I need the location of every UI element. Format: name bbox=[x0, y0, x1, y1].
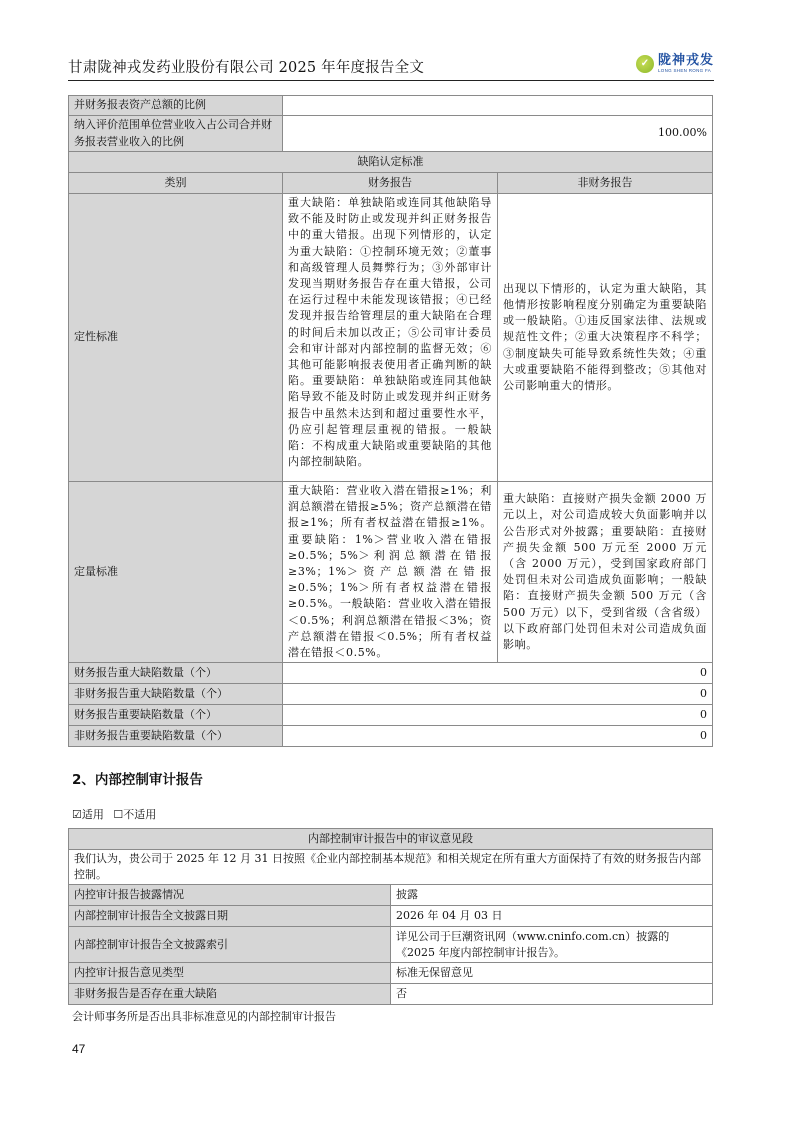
title-row: 内部控制审计报告中的审议意见段 bbox=[69, 829, 713, 850]
table-row: 非财务报告重大缺陷数量（个） 0 bbox=[69, 684, 713, 705]
row-value: 0 bbox=[283, 705, 713, 726]
row-value: 0 bbox=[283, 684, 713, 705]
logo-text-cn: 陇神戎发 bbox=[658, 54, 714, 67]
unchecked-box-icon[interactable]: ☐ bbox=[113, 808, 123, 821]
table-row: 内部控制审计报告全文披露日期 2026 年 04 月 03 日 bbox=[69, 906, 713, 927]
defect-criteria-table: 并财务报表资产总额的比例 纳入评价范围单位营业收入占公司合并财务报表营业收入的比… bbox=[68, 95, 713, 747]
row-value: 2026 年 04 月 03 日 bbox=[391, 906, 713, 927]
applicable-label: 适用 bbox=[82, 808, 104, 821]
row-value: 0 bbox=[283, 726, 713, 747]
row-label: 内控审计报告披露情况 bbox=[69, 885, 391, 906]
row-label: 非财务报告重大缺陷数量（个） bbox=[69, 684, 283, 705]
row-label: 定性标准 bbox=[69, 194, 283, 482]
table-row: 非财务报告重要缺陷数量（个） 0 bbox=[69, 726, 713, 747]
qualitative-row: 定性标准 重大缺陷：单独缺陷或连同其他缺陷导致不能及时防止或发现并纠正财务报告中… bbox=[69, 194, 713, 482]
logo-icon: ✓ bbox=[636, 55, 654, 73]
row-label: 非财务报告是否存在重大缺陷 bbox=[69, 984, 391, 1005]
row-value: 100.00% bbox=[283, 116, 713, 152]
row-value: 标准无保留意见 bbox=[391, 963, 713, 984]
page-header: 甘肃陇神戎发药业股份有限公司 2025 年年度报告全文 ✓ 陇神戎发 LONG … bbox=[68, 56, 714, 81]
applicable-option[interactable]: ☑适用 bbox=[72, 808, 104, 821]
quantitative-financial: 重大缺陷：营业收入潜在错报≥1%；利润总额潜在错报≥5%；资产总额潜在错报≥1%… bbox=[283, 482, 498, 663]
disclosure-index-value: 详见公司于巨潮资讯网（www.cninfo.com.cn）披露的《2025 年度… bbox=[391, 927, 713, 963]
row-label: 内部控制审计报告全文披露日期 bbox=[69, 906, 391, 927]
row-value: 披露 bbox=[391, 885, 713, 906]
company-logo: ✓ 陇神戎发 LONG SHEN RONG FA bbox=[636, 54, 714, 74]
footnote-text: 会计师事务所是否出具非标准意见的内部控制审计报告 bbox=[72, 1008, 336, 1024]
audit-opinion-title: 内部控制审计报告中的审议意见段 bbox=[69, 829, 713, 850]
not-applicable-option[interactable]: ☐不适用 bbox=[113, 808, 156, 821]
table-row: 非财务报告是否存在重大缺陷 否 bbox=[69, 984, 713, 1005]
row-label: 内部控制审计报告全文披露索引 bbox=[69, 927, 391, 963]
checked-box-icon[interactable]: ☑ bbox=[72, 808, 82, 821]
applicability-options: ☑适用 ☐不适用 bbox=[72, 806, 162, 822]
column-header-row: 类别 财务报告 非财务报告 bbox=[69, 173, 713, 194]
quantitative-non-financial: 重大缺陷：直接财产损失金额 2000 万元以上，对公司造成较大负面影响并以公告形… bbox=[498, 482, 713, 663]
section-title-row: 缺陷认定标准 bbox=[69, 152, 713, 173]
qualitative-financial: 重大缺陷：单独缺陷或连同其他缺陷导致不能及时防止或发现并纠正财务报告中的重大错报… bbox=[283, 194, 498, 482]
row-label: 非财务报告重要缺陷数量（个） bbox=[69, 726, 283, 747]
opinion-row: 我们认为，贵公司于 2025 年 12 月 31 日按照《企业内部控制基本规范》… bbox=[69, 850, 713, 885]
row-label: 纳入评价范围单位营业收入占公司合并财务报表营业收入的比例 bbox=[69, 116, 283, 152]
table-row: 内部控制审计报告全文披露索引 详见公司于巨潮资讯网（www.cninfo.com… bbox=[69, 927, 713, 963]
report-title: 甘肃陇神戎发药业股份有限公司 2025 年年度报告全文 bbox=[68, 56, 424, 77]
table-row: 纳入评价范围单位营业收入占公司合并财务报表营业收入的比例 100.00% bbox=[69, 116, 713, 152]
section-title: 缺陷认定标准 bbox=[69, 152, 713, 173]
row-label: 内控审计报告意见类型 bbox=[69, 963, 391, 984]
not-applicable-label: 不适用 bbox=[123, 808, 156, 821]
page-number: 47 bbox=[72, 1042, 85, 1056]
audit-opinion-text: 我们认为，贵公司于 2025 年 12 月 31 日按照《企业内部控制基本规范》… bbox=[69, 850, 713, 885]
row-value bbox=[283, 96, 713, 116]
logo-text-en: LONG SHEN RONG FA bbox=[658, 69, 714, 74]
table-row: 并财务报表资产总额的比例 bbox=[69, 96, 713, 116]
column-header-non-financial: 非财务报告 bbox=[498, 173, 713, 194]
row-label: 财务报告重大缺陷数量（个） bbox=[69, 663, 283, 684]
column-header-category: 类别 bbox=[69, 173, 283, 194]
column-header-financial: 财务报告 bbox=[283, 173, 498, 194]
table-row: 内控审计报告意见类型 标准无保留意见 bbox=[69, 963, 713, 984]
row-label: 定量标准 bbox=[69, 482, 283, 663]
row-label: 并财务报表资产总额的比例 bbox=[69, 96, 283, 116]
section-heading: 2、内部控制审计报告 bbox=[72, 768, 203, 788]
table-row: 财务报告重大缺陷数量（个） 0 bbox=[69, 663, 713, 684]
qualitative-non-financial: 出现以下情形的，认定为重大缺陷，其他情形按影响程度分别确定为重要缺陷或一般缺陷。… bbox=[498, 194, 713, 482]
table-row: 财务报告重要缺陷数量（个） 0 bbox=[69, 705, 713, 726]
table-row: 内控审计报告披露情况 披露 bbox=[69, 885, 713, 906]
quantitative-row: 定量标准 重大缺陷：营业收入潜在错报≥1%；利润总额潜在错报≥5%；资产总额潜在… bbox=[69, 482, 713, 663]
row-value: 0 bbox=[283, 663, 713, 684]
row-label: 财务报告重要缺陷数量（个） bbox=[69, 705, 283, 726]
row-value: 否 bbox=[391, 984, 713, 1005]
audit-report-table: 内部控制审计报告中的审议意见段 我们认为，贵公司于 2025 年 12 月 31… bbox=[68, 828, 713, 1005]
